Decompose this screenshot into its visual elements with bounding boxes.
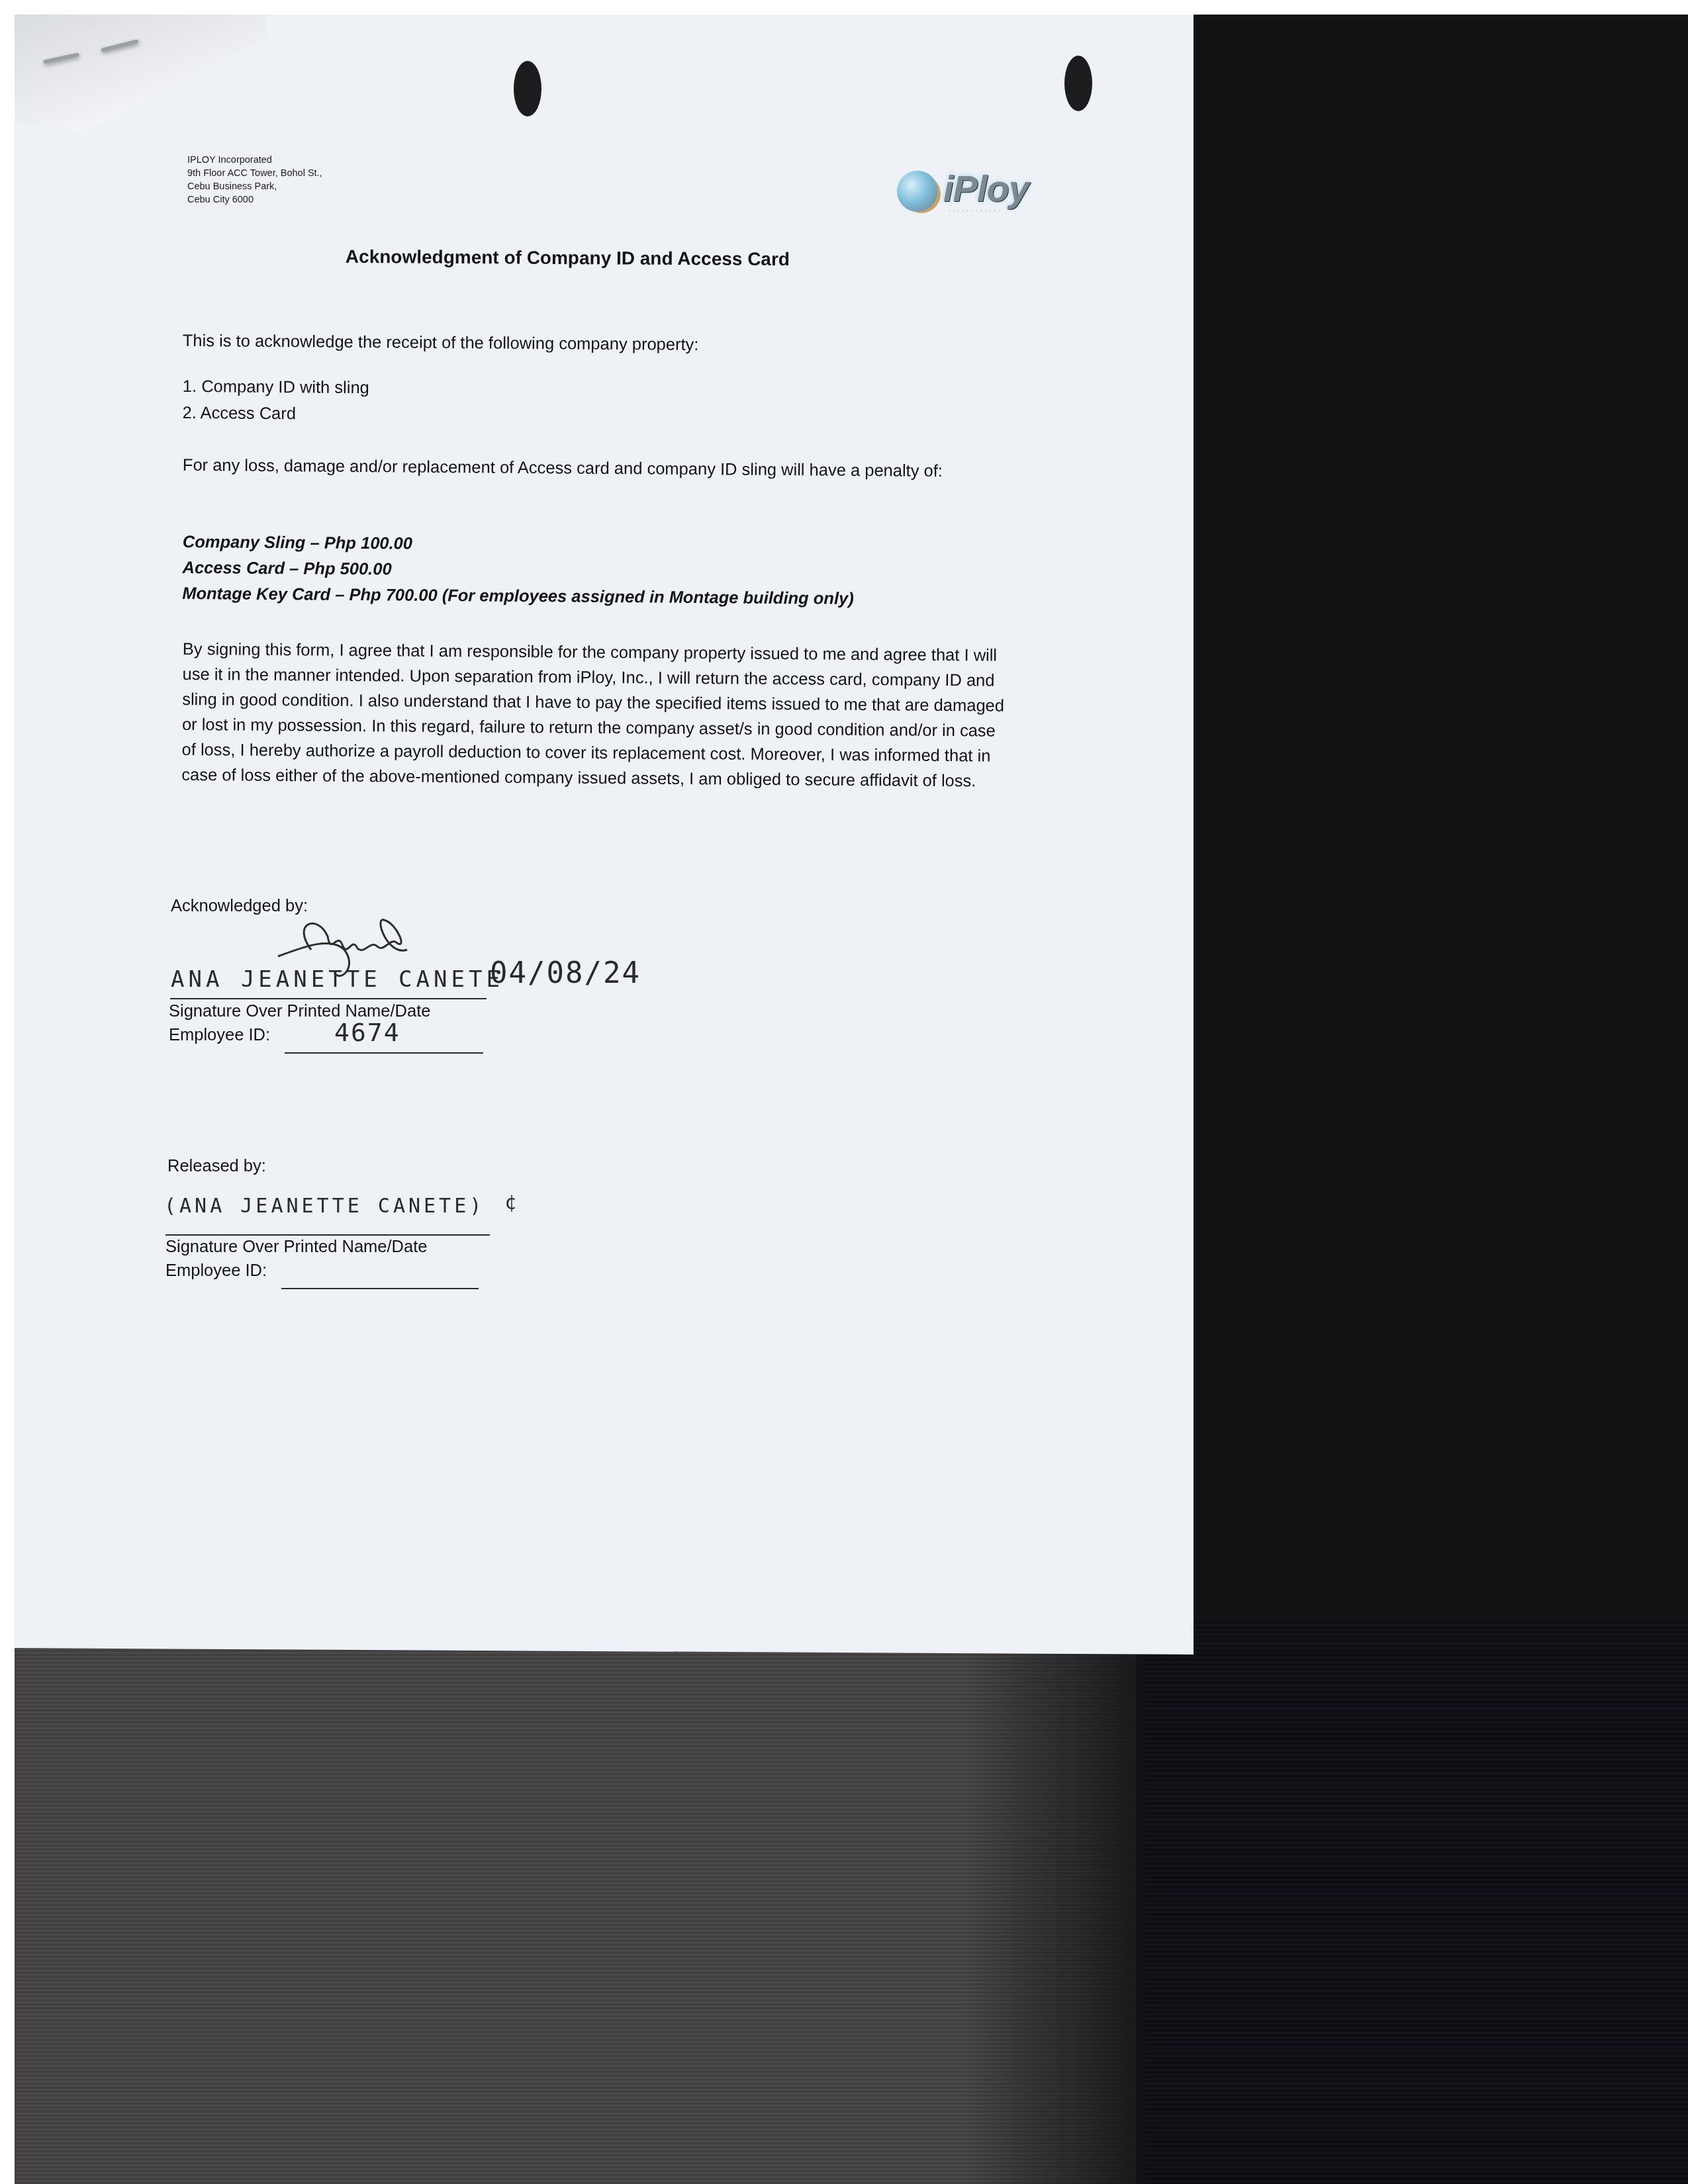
address-line: Cebu City 6000	[187, 193, 322, 206]
scanner-noise	[1145, 1621, 1688, 2184]
globe-swoosh-logo-icon	[897, 171, 938, 212]
document-title: Acknowledgment of Company ID and Access …	[346, 246, 790, 270]
penalty-list: Company Sling – Php 100.00 Access Card –…	[182, 529, 854, 612]
logo-wordmark: iPloy	[943, 167, 1029, 210]
property-list: 1. Company ID with sling 2. Access Card	[182, 373, 369, 428]
agreement-paragraph: By signing this form, I agree that I am …	[181, 637, 1010, 794]
address-line: Cebu Business Park,	[187, 180, 322, 193]
employee-id-line	[281, 1288, 479, 1289]
released-printed-name: (ANA JEANETTE CANETE)	[164, 1195, 485, 1218]
released-label: Released by:	[167, 1157, 266, 1176]
employee-id-value: 4674	[334, 1018, 400, 1047]
logo-tagline: · · · · · · · · · · · ·	[949, 208, 1001, 214]
handwritten-mark: ¢	[504, 1191, 520, 1214]
signature-line	[165, 1234, 490, 1236]
signature-caption: Signature Over Printed Name/Date	[165, 1238, 427, 1257]
penalty-item: Montage Key Card – Php 700.00 (For emplo…	[182, 581, 854, 612]
acknowledged-date: 04/08/24	[490, 956, 641, 990]
company-address: IPLOY Incorporated 9th Floor ACC Tower, …	[187, 154, 322, 206]
employee-id-line	[285, 1052, 483, 1054]
list-item: 2. Access Card	[182, 400, 369, 428]
intro-text: This is to acknowledge the receipt of th…	[183, 328, 699, 357]
punch-hole-icon	[514, 61, 541, 116]
company-logo: iPloy · · · · · · · · · · · ·	[897, 164, 1056, 224]
signature-line	[170, 998, 487, 999]
acknowledged-printed-name: ANA JEANETTE CANETE	[171, 966, 504, 993]
address-line: IPLOY Incorporated	[187, 154, 322, 167]
list-item: 1. Company ID with sling	[183, 373, 369, 401]
employee-id-label: Employee ID:	[169, 1026, 270, 1045]
employee-id-label: Employee ID:	[165, 1261, 267, 1281]
punch-hole-icon	[1064, 56, 1092, 111]
address-line: 9th Floor ACC Tower, Bohol St.,	[187, 167, 322, 180]
scanner-lid-area	[15, 1648, 1137, 2184]
